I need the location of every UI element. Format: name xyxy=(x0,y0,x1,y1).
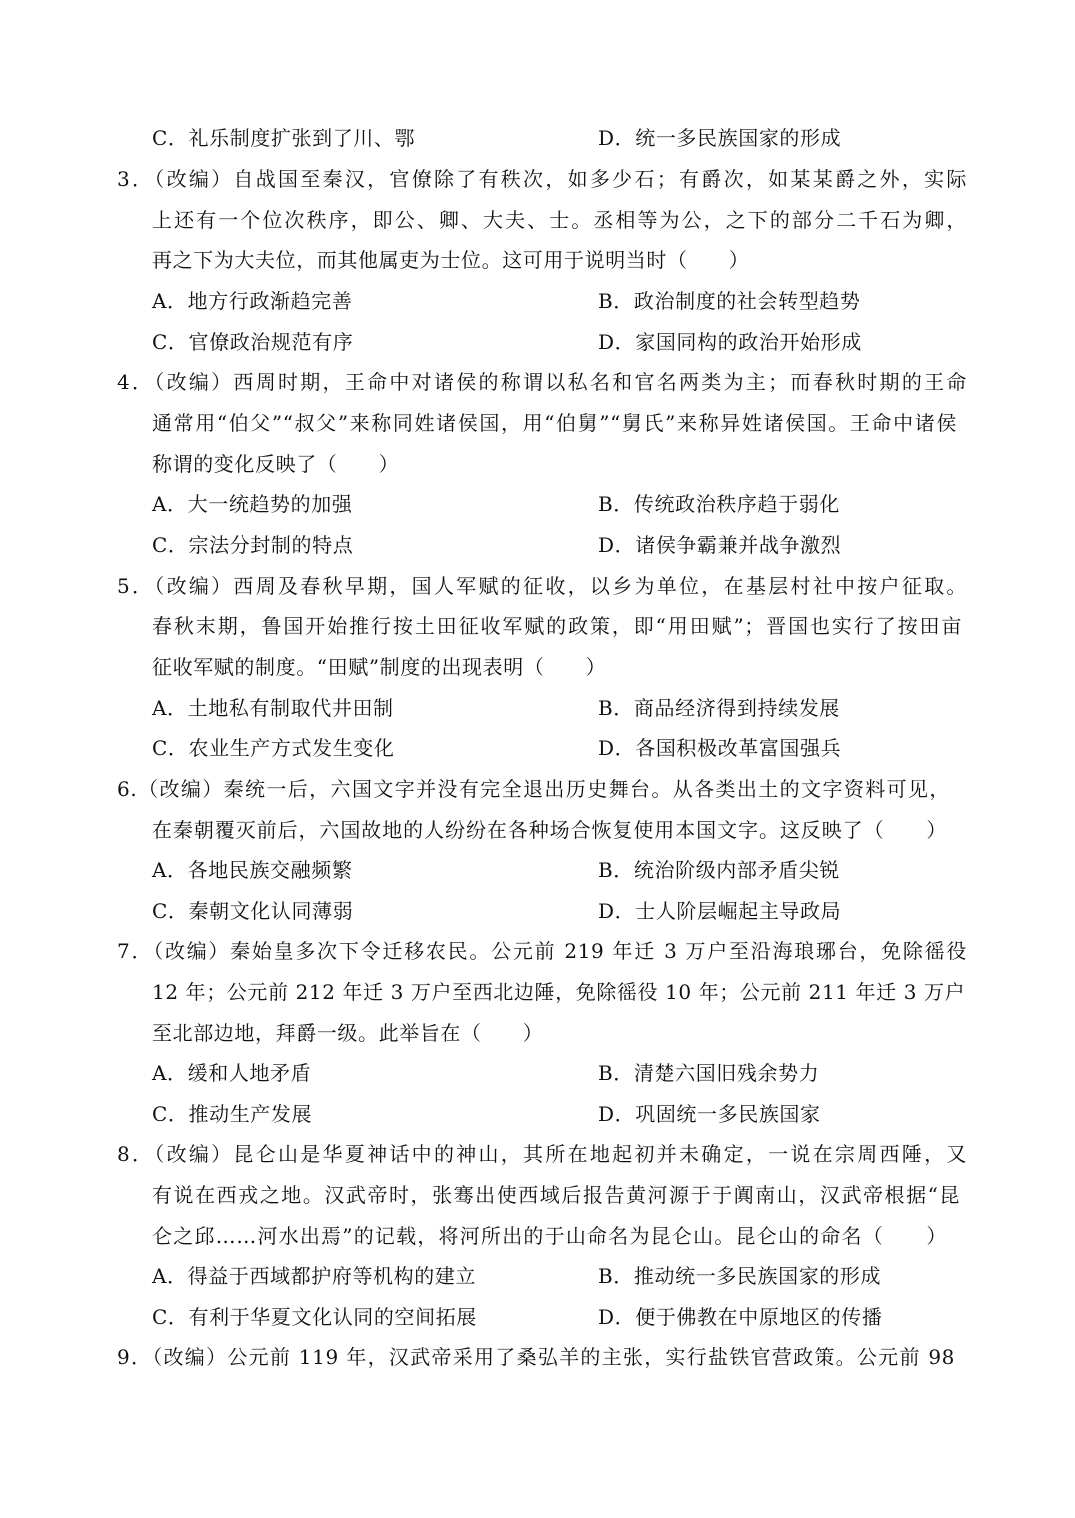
q6-option-d: D．士人阶层崛起主导政局 xyxy=(598,897,841,925)
q3-stem-line-1: 3．（改编）自战国至秦汉，官僚除了有秩次，如多少石；有爵次，如某某爵之外，实际 xyxy=(117,165,967,193)
q3-option-b: B．政治制度的社会转型趋势 xyxy=(598,287,861,315)
q4-option-c: C．宗法分封制的特点 xyxy=(152,531,353,559)
q7-option-c: C．推动生产发展 xyxy=(152,1100,312,1128)
q5-option-b: B．商品经济得到持续发展 xyxy=(598,694,840,722)
q5-stem-line-1: 5．（改编）西周及春秋早期，国人军赋的征收，以乡为单位，在基层村社中按户征取。 xyxy=(117,572,967,600)
exam-page: C．礼乐制度扩张到了川、鄂 D．统一多民族国家的形成 3．（改编）自战国至秦汉，… xyxy=(0,0,1075,1518)
q4-stem-line-3: 称谓的变化反映了（ ） xyxy=(152,450,1002,478)
q7-option-b: B．清楚六国旧残余势力 xyxy=(598,1059,819,1087)
q4-option-d: D．诸侯争霸兼并战争激烈 xyxy=(598,531,841,559)
q4-option-a: A．大一统趋势的加强 xyxy=(152,490,352,518)
q7-stem-line-2: 12 年；公元前 212 年迁 3 万户至西北边陲，免除徭役 10 年；公元前 … xyxy=(152,978,952,1006)
q6-option-b: B．统治阶级内部矛盾尖锐 xyxy=(598,856,840,884)
q3-stem-line-3: 再之下为大夫位，而其他属吏为士位。这可用于说明当时（ ） xyxy=(152,246,1002,274)
q8-stem-line-3: 仑之邱……河水出焉”的记载，将河所出的于山命名为昆仑山。昆仑山的命名（ ） xyxy=(152,1222,947,1250)
q5-stem-line-3: 征收军赋的制度。“田赋”制度的出现表明（ ） xyxy=(152,653,1002,681)
q8-option-b: B．推动统一多民族国家的形成 xyxy=(598,1262,881,1290)
q4-stem-line-1: 4．（改编）西周时期，王命中对诸侯的称谓以私名和官名两类为主；而春秋时期的王命 xyxy=(117,368,967,396)
q7-option-d: D．巩固统一多民族国家 xyxy=(598,1100,821,1128)
q8-option-a: A．得益于西域都护府等机构的建立 xyxy=(152,1262,476,1290)
q8-option-d: D．便于佛教在中原地区的传播 xyxy=(598,1303,882,1331)
q6-option-c: C．秦朝文化认同薄弱 xyxy=(152,897,353,925)
q7-stem-line-3: 至北部边地，拜爵一级。此举旨在（ ） xyxy=(152,1019,1002,1047)
q3-stem-line-2: 上还有一个位次秩序，即公、卿、大夫、士。丞相等为公，之下的部分二千石为卿， xyxy=(152,206,967,234)
q9-stem-line-1: 9．（改编）公元前 119 年，汉武帝采用了桑弘羊的主张，实行盐铁官营政策。公元… xyxy=(117,1343,955,1371)
q5-option-d: D．各国积极改革富国强兵 xyxy=(598,734,841,762)
q3-option-d: D．家国同构的政治开始形成 xyxy=(598,328,862,356)
q8-stem-line-2: 有说在西戎之地。汉武帝时，张骞出使西域后报告黄河源于于阗南山，汉武帝根据“昆 xyxy=(152,1181,960,1209)
q7-stem-line-1: 7．（改编）秦始皇多次下令迁移农民。公元前 219 年迁 3 万户至沿海琅琊台，… xyxy=(117,937,967,965)
q7-option-a: A．缓和人地矛盾 xyxy=(152,1059,311,1087)
q5-stem-line-2: 春秋末期，鲁国开始推行按土田征收军赋的政策，即“用田赋”；晋国也实行了按田亩 xyxy=(152,612,962,640)
q5-option-c: C．农业生产方式发生变化 xyxy=(152,734,395,762)
q3-option-a: A．地方行政渐趋完善 xyxy=(152,287,352,315)
q6-stem-line-2: 在秦朝覆灭前后，六国故地的人纷纷在各种场合恢复使用本国文字。这反映了（ ） xyxy=(152,816,947,844)
q5-option-a: A．土地私有制取代井田制 xyxy=(152,694,394,722)
q3-option-c: C．官僚政治规范有序 xyxy=(152,328,353,356)
q2-option-c: C．礼乐制度扩张到了川、鄂 xyxy=(152,124,415,152)
q2-option-d: D．统一多民族国家的形成 xyxy=(598,124,841,152)
q8-stem-line-1: 8．（改编）昆仑山是华夏神话中的神山，其所在地起初并未确定，一说在宗周西陲，又 xyxy=(117,1140,967,1168)
q6-stem-line-1: 6.（改编）秦统一后，六国文字并没有完全退出历史舞台。从各类出土的文字资料可见， xyxy=(117,775,950,803)
q4-stem-line-2: 通常用“伯父”“叔父”来称同姓诸侯国，用“伯舅”“舅氏”来称异姓诸侯国。王命中诸… xyxy=(152,409,957,437)
q6-option-a: A．各地民族交融频繁 xyxy=(152,856,352,884)
q4-option-b: B．传统政治秩序趋于弱化 xyxy=(598,490,840,518)
q8-option-c: C．有利于华夏文化认同的空间拓展 xyxy=(152,1303,477,1331)
